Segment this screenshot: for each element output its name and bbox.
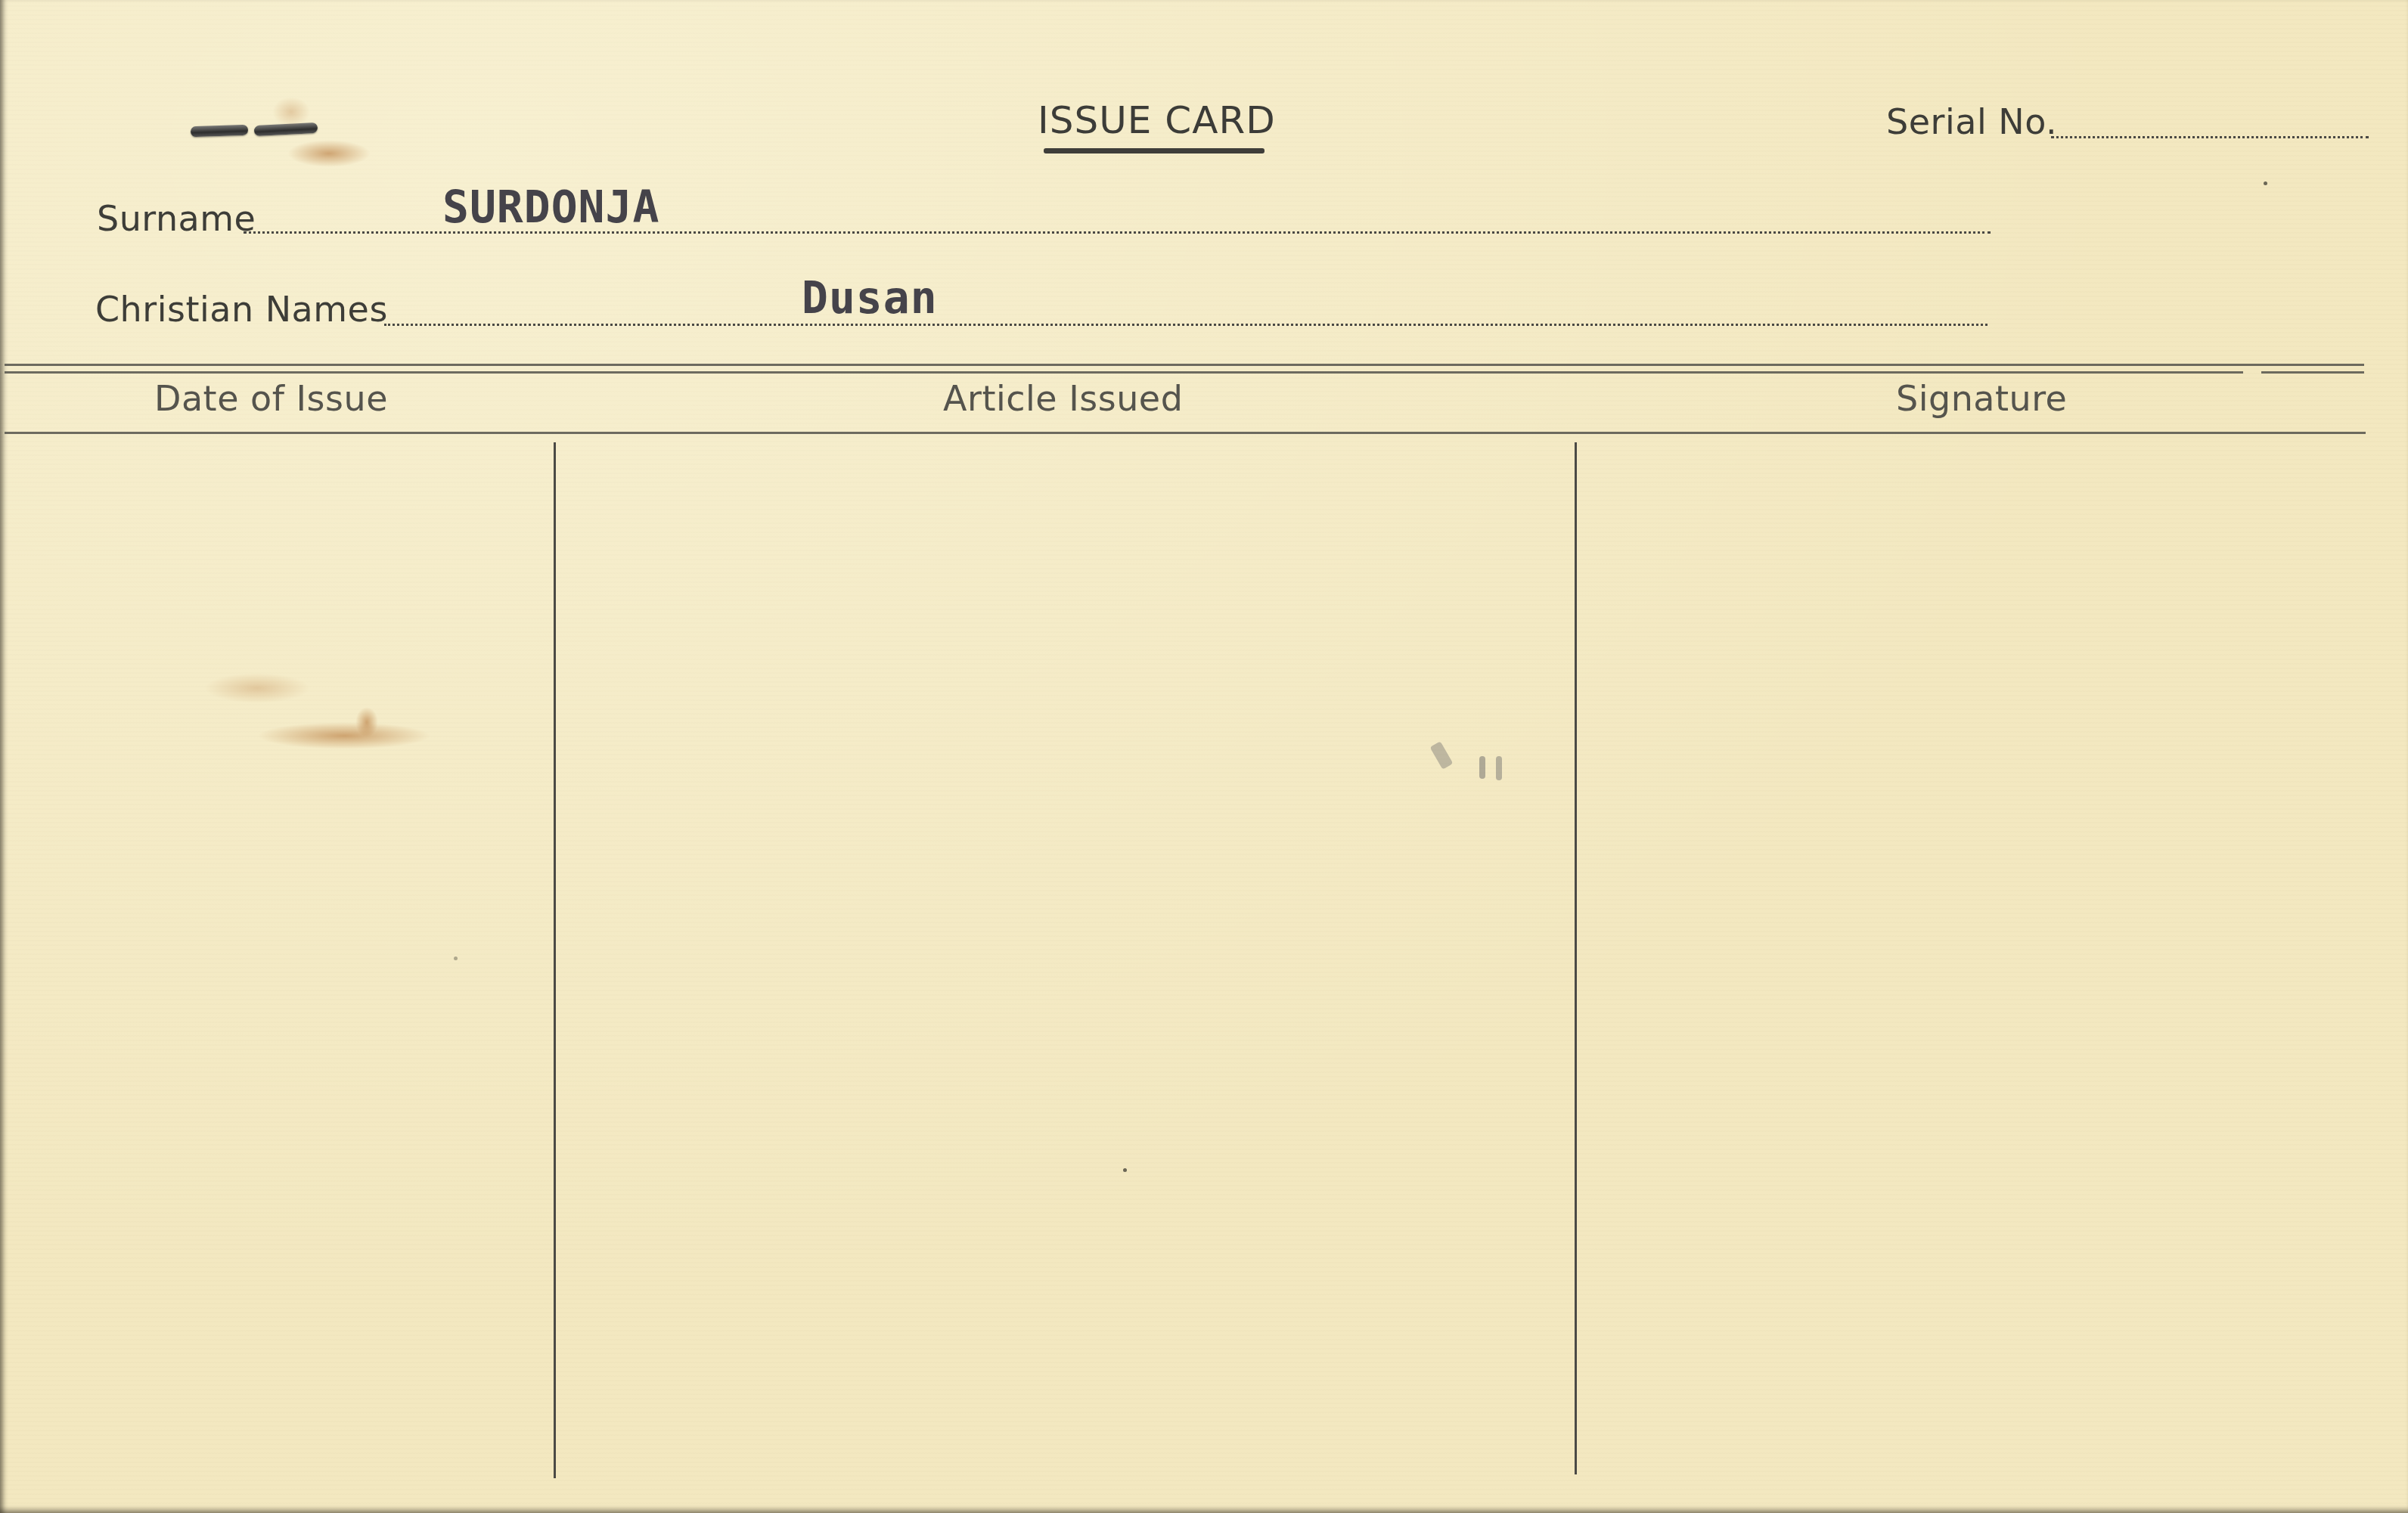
serial-no-field[interactable] xyxy=(2051,136,2369,138)
card-title: ISSUE CARD xyxy=(1038,98,1276,142)
staple-icon xyxy=(191,125,248,138)
issue-card: ISSUE CARD Serial No. Surname SURDONJA C… xyxy=(0,0,2408,1513)
faint-pencil-mark xyxy=(1496,756,1502,780)
christian-names-field[interactable] xyxy=(384,324,1988,326)
date-of-issue-column[interactable] xyxy=(8,442,552,1478)
column-header-signature: Signature xyxy=(1896,378,2067,419)
faint-pencil-mark xyxy=(1479,756,1485,779)
rust-stain xyxy=(287,140,371,167)
rust-stain xyxy=(257,722,431,749)
header-top-rule-2 xyxy=(5,371,2243,374)
header-bottom-rule xyxy=(5,432,2366,434)
surname-label: Surname xyxy=(97,198,256,239)
rust-stain xyxy=(272,97,310,127)
article-issued-column[interactable] xyxy=(558,442,1573,1478)
speck xyxy=(1123,1168,1127,1172)
column-header-article-issued: Article Issued xyxy=(943,378,1183,419)
speck xyxy=(2264,181,2267,185)
speck xyxy=(454,956,458,960)
column-header-date-of-issue: Date of Issue xyxy=(154,378,388,419)
rust-stain xyxy=(204,673,310,703)
christian-names-label: Christian Names xyxy=(95,289,388,330)
title-underline xyxy=(1044,148,1265,153)
column-divider-2 xyxy=(1575,442,1577,1474)
column-divider-1 xyxy=(554,442,556,1478)
header-top-rule xyxy=(5,364,2364,366)
rust-stain xyxy=(355,707,378,737)
surname-value: SURDONJA xyxy=(442,181,659,233)
signature-column[interactable] xyxy=(1579,442,2396,1478)
header-top-rule-2-end xyxy=(2261,371,2364,374)
serial-no-label: Serial No. xyxy=(1886,101,2057,142)
christian-names-value: Dusan xyxy=(802,272,938,324)
